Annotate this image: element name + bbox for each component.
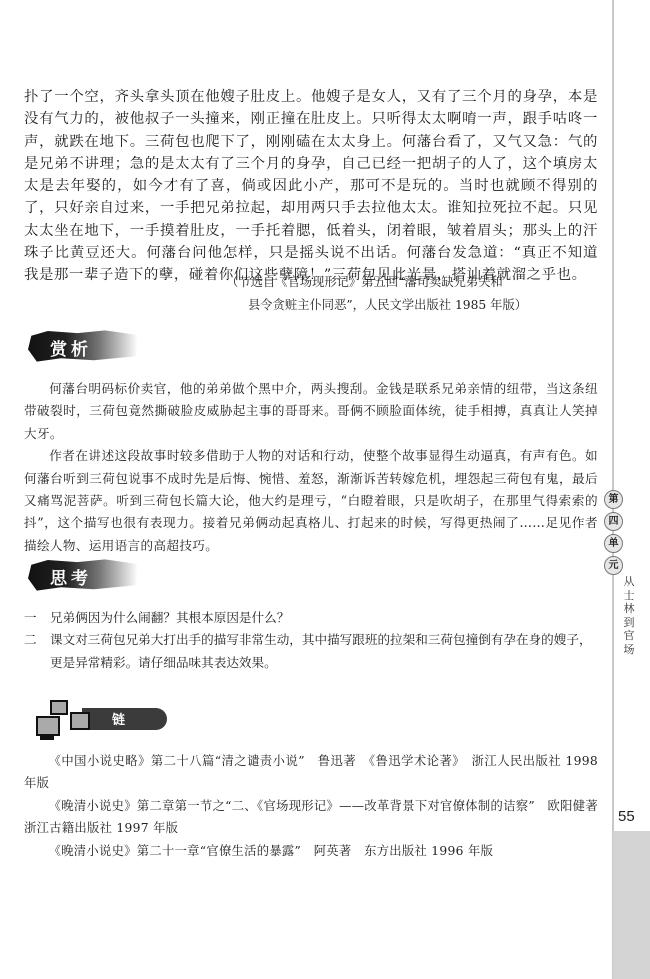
unit-title: 从士林到官场 <box>622 575 636 656</box>
link-header: 链接 <box>30 700 140 740</box>
reference-list: 《中国小说史略》第二十八篇“清之谴责小说” 鲁迅著 《鲁迅学术论著》 浙江人民出… <box>24 750 598 862</box>
story-paragraph: 扑了一个空，齐头拿头顶在他嫂子肚皮上。他嫂子是女人，又有了三个月的身孕，本是没有… <box>24 86 598 287</box>
think-title: 思考 <box>50 564 92 589</box>
unit-badges: 第 四 单 元 <box>604 490 622 578</box>
source-line-2: 县令贪赃主仆同恶”，人民文学出版社 1985 年版） <box>226 294 586 317</box>
analysis-title: 赏析 <box>50 335 92 360</box>
question-item: 一 兄弟俩因为什么闹翻？其根本原因是什么？ <box>24 607 598 629</box>
margin-gray-tab <box>613 831 650 979</box>
unit-badge: 单 <box>604 534 623 553</box>
unit-badge: 第 <box>604 490 623 509</box>
analysis-paragraph: 作者在讲述这段故事时较多借助于人物的对话和行动，使整个故事显得生动逼真，有声有色… <box>24 445 598 557</box>
question-number: 一 <box>24 607 37 629</box>
reference-item: 《晚清小说史》第二十一章“官僚生活的暴露” 阿英著 东方出版社 1996 年版 <box>24 840 598 862</box>
question-text: 兄弟俩因为什么闹翻？其根本原因是什么？ <box>50 610 289 625</box>
source-line-1: （节选自《官场现形记》第五回“藩司卖缺兄弟失和 <box>226 271 586 294</box>
source-citation: （节选自《官场现形记》第五回“藩司卖缺兄弟失和 县令贪赃主仆同恶”，人民文学出版… <box>226 271 586 317</box>
unit-badge: 元 <box>604 556 623 575</box>
unit-badge: 四 <box>604 512 623 531</box>
question-number: 二 <box>24 629 37 651</box>
reference-item: 《中国小说史略》第二十八篇“清之谴责小说” 鲁迅著 《鲁迅学术论著》 浙江人民出… <box>24 750 598 795</box>
page-number: 55 <box>618 808 635 825</box>
question-text: 课文对三荷包兄弟大打出手的描写非常生动，其中描写跟班的拉架和三荷包撞倒有孕在身的… <box>50 632 592 669</box>
reference-item: 《晚清小说史》第二章第一节之“二、《官场现形记》——改革背景下对官僚体制的诘察”… <box>24 795 598 840</box>
analysis-paragraph: 何藩台明码标价卖官，他的弟弟做个黑中介，两头搜刮。金钱是联系兄弟亲情的纽带，当这… <box>24 378 598 445</box>
textbook-page: 扑了一个空，齐头拿头顶在他嫂子肚皮上。他嫂子是女人，又有了三个月的身孕，本是没有… <box>0 0 612 979</box>
question-list: 一 兄弟俩因为什么闹翻？其根本原因是什么？ 二 课文对三荷包兄弟大打出手的描写非… <box>24 607 598 674</box>
question-item: 二 课文对三荷包兄弟大打出手的描写非常生动，其中描写跟班的拉架和三荷包撞倒有孕在… <box>24 629 598 674</box>
analysis-body: 何藩台明码标价卖官，他的弟弟做个黑中介，两头搜刮。金钱是联系兄弟亲情的纽带，当这… <box>24 378 598 557</box>
link-title: 链接 <box>112 709 140 747</box>
